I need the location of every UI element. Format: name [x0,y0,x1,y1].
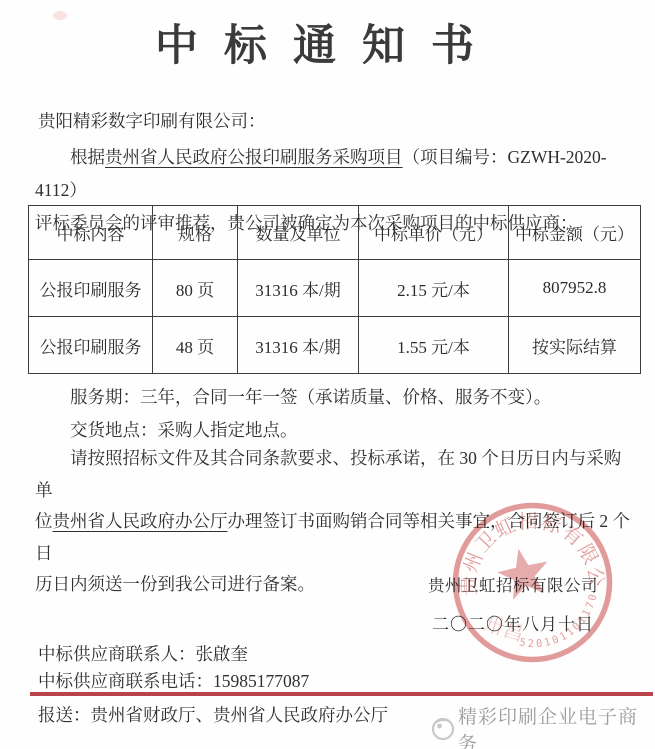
signature-block: 贵州卫虹招标有限公司 二〇二〇年八月十日 [406,572,620,635]
award-table-header-row: 中标内容 规格 数量及单位 中标单价（元） 中标金额（元） [29,206,641,260]
intro-lead: 根据 [70,147,105,167]
instruction-line-1: 请按照招标文件及其合同条款要求、投标承诺，在 30 个日历日内与采购单 [35,443,631,506]
red-divider-rule [30,692,653,696]
cell-qty: 31316 本/期 [238,260,359,317]
scanned-document-page: 中标通知书 贵阳精彩数字印刷有限公司： 根据贵州省人民政府公报印刷服务采购项目（… [0,0,655,749]
watermark: 精彩印刷企业电子商务 [430,702,655,749]
watermark-text: 精彩印刷企业电子商务 [458,702,655,749]
issuer-company-name: 贵州卫虹招标有限公司 [406,572,620,596]
purchaser-name-underlined: 贵州省人民政府办公厅 [53,511,228,531]
cell-unit-price: 1.55 元/本 [359,317,509,374]
cell-content: 公报印刷服务 [29,260,153,317]
cell-content: 公报印刷服务 [29,317,153,374]
cell-amount: 按实际结算 [509,317,641,374]
cell-spec: 80 页 [153,260,238,317]
supplier-contact-phone: 中标供应商联系电话：15985177087 [38,668,309,693]
supplier-contact-person: 中标供应商联系人：张啟奎 [38,641,248,666]
page-title: 中标通知书 [0,12,655,73]
table-row: 公报印刷服务 80 页 31316 本/期 2.15 元/本 807952.8 [29,260,641,317]
cc-distribution-line: 报送：贵州省财政厅、贵州省人民政府办公厅 [38,702,388,727]
col-header-amount: 中标金额（元） [509,206,641,260]
cell-spec: 48 页 [153,317,238,374]
service-period-line: 服务期：三年，合同一年一签（承诺质量、价格、服务不变）。 [35,381,629,414]
instruction-line-2: 位贵州省人民政府办公厅办理签订书面购销合同等相关事宜，合同签订后 2 个日 [35,506,631,569]
issue-date: 二〇二〇年八月十日 [406,610,620,635]
project-name-underlined: 贵州省人民政府公报印刷服务采购项目 [105,147,403,167]
watermark-logo-icon [430,716,456,742]
col-header-spec: 规格 [153,206,238,260]
col-header-qty: 数量及单位 [238,206,359,260]
table-row: 公报印刷服务 48 页 31316 本/期 1.55 元/本 按实际结算 [29,317,641,374]
cell-unit-price: 2.15 元/本 [359,260,509,317]
intro-line-1: 根据贵州省人民政府公报印刷服务采购项目（项目编号：GZWH-2020-4112） [35,141,629,207]
terms-paragraph: 服务期：三年，合同一年一签（承诺质量、价格、服务不变）。 交货地点：采购人指定地… [35,381,629,447]
cell-qty: 31316 本/期 [238,317,359,374]
col-header-unit-price: 中标单价（元） [359,206,509,260]
award-table: 中标内容 规格 数量及单位 中标单价（元） 中标金额（元） 公报印刷服务 80 … [28,205,641,374]
col-header-content: 中标内容 [29,206,153,260]
cell-amount: 807952.8 [509,260,641,317]
instruction-line2-pre: 位 [35,511,53,531]
salutation-line: 贵阳精彩数字印刷有限公司： [38,108,266,133]
